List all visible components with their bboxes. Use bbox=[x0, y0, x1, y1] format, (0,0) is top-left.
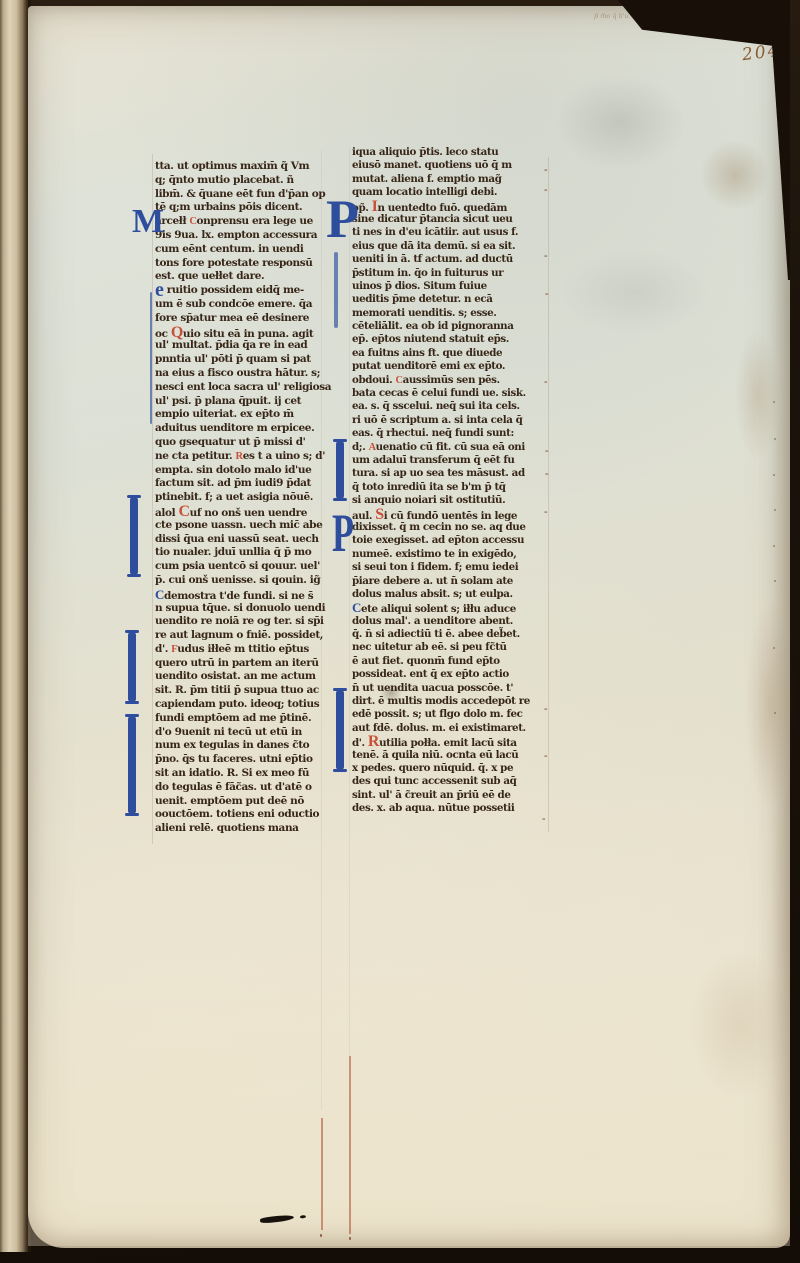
text-line: ul' multat. p̄dia q̄a re in ead bbox=[155, 339, 355, 353]
pricking-dot bbox=[774, 580, 776, 582]
text-line: putat uenditorē emi ex ep̄to. bbox=[352, 360, 554, 373]
stain-bottom-warm bbox=[28, 946, 790, 1246]
text-line: possideat. ent q̄ ex ep̄to actio bbox=[352, 668, 554, 681]
text-line: quam locatio intelligi debi. bbox=[352, 186, 554, 199]
decorated-initial: C bbox=[189, 216, 196, 227]
right-gloss-cursive-d bbox=[638, 314, 793, 322]
pricking-dot bbox=[774, 712, 776, 714]
text-line: na eius a fisco oustra hātur. s; bbox=[155, 367, 355, 381]
gloss-line bbox=[638, 314, 793, 322]
text-line: n̄ ut uendita uacua posscōe. t' bbox=[352, 682, 554, 695]
initial-P-tail bbox=[334, 252, 338, 328]
gloss-line bbox=[608, 297, 793, 303]
text-line: alieni relē. quotiens mana bbox=[155, 822, 355, 836]
text-line: p̄iare debere a. ut n̄ solam ate bbox=[352, 575, 554, 588]
edge-text-fragment bbox=[1, 52, 26, 57]
text-line: cte psone uassn. uech mic̄ abe bbox=[155, 519, 355, 533]
pricking-dot bbox=[774, 438, 776, 440]
text-line: libm̄. & q̄uane eēt fun d'p̄an op bbox=[155, 188, 355, 202]
text-line: tta. ut optimus maxim̄ q̃ Vm bbox=[155, 160, 355, 174]
text-line: nesci ent loca sacra ul' religiosa bbox=[155, 381, 355, 395]
text-line: fore sp̄atur mea eē desinere bbox=[155, 312, 355, 326]
decorated-initial: C bbox=[178, 503, 189, 520]
text-line: dirt. ē multis modis accedepōt re bbox=[352, 695, 554, 708]
gloss-line bbox=[638, 314, 793, 322]
gloss-reference-mark: – bbox=[545, 470, 549, 477]
text-line: do tegulas ē fāc̃as. ut d'atē o bbox=[155, 781, 355, 795]
text-line: dixisset. q̄ m cecin no se. aq due bbox=[352, 521, 554, 534]
decorated-initial: Q bbox=[171, 324, 183, 341]
stain-gray-mid bbox=[560, 250, 710, 335]
ruling-line-left bbox=[152, 154, 153, 844]
text-line: n supua tq̄ue. si donuolo uendi bbox=[155, 602, 355, 616]
pricking-dot bbox=[773, 401, 775, 403]
text-line: iqua aliquio p̄tis. leco statu bbox=[352, 146, 554, 159]
text-line: edē possit. s; ut flgo dolo m. fec bbox=[352, 708, 554, 721]
gloss-line bbox=[638, 314, 793, 322]
gloss-reference-mark: – bbox=[544, 705, 548, 712]
text-line: d'. Fudus iłłeē m ttitio ep̄tus bbox=[155, 643, 355, 657]
text-line: ti nes in d'eu icātiir. aut usus f. bbox=[352, 226, 554, 239]
decorated-initial: C bbox=[155, 587, 164, 602]
book-edge-strip bbox=[0, 0, 31, 1252]
text-line: op̃. In uentedto fuō. quedām bbox=[352, 200, 554, 213]
text-line: ueditis p̄me detetur. n ecā bbox=[352, 293, 554, 306]
initial-M: M bbox=[132, 205, 164, 239]
text-line: empio uiteriat. ex ep̄to m̄ bbox=[155, 408, 355, 422]
text-line: q̄ toto inrediū ita se b'm p̄ tq̄ bbox=[352, 481, 554, 494]
stain-fox-1 bbox=[700, 140, 770, 210]
text-line: factum sit. ad p̄m iudi9 p̄dat bbox=[155, 477, 355, 491]
text-line: eas. q̄ rhectui. neq̄ fundi sunt: bbox=[352, 427, 554, 440]
text-line: q; q̄nto mutio placebat. ñ bbox=[155, 174, 355, 188]
text-line: tenē. ā quila niū. ocnta eū lacū bbox=[352, 749, 554, 762]
text-line: p̄no. q̄s tu faceres. utni ep̄tio bbox=[155, 753, 355, 767]
text-line: ē aut fiet. quonm̄ fund ep̄to bbox=[352, 655, 554, 668]
pricking-dot bbox=[773, 647, 775, 649]
initial-I-bar-1 bbox=[130, 497, 138, 575]
text-line: Cete aliqui solent s; iłłu aduce bbox=[352, 601, 554, 614]
text-line: toie exegisset. ad ep̄ton accessu bbox=[352, 534, 554, 547]
manuscript-page: 204 p̄ m̄o q̄ b'u · d' q̄ p̄s · q̄e tta.… bbox=[28, 6, 790, 1248]
initial-I-bar-2 bbox=[128, 632, 136, 702]
text-line: memorati uenditis. s; esse. bbox=[352, 307, 554, 320]
text-line: uendito re noiā re og ter. si sp̄i bbox=[155, 615, 355, 629]
initial-flourish-left bbox=[150, 292, 152, 424]
decorated-initial: A bbox=[369, 442, 376, 453]
text-line: sit an idatio. R. Si ex meo fū bbox=[155, 767, 355, 781]
text-line: des qui tunc accessenit sub aq̄ bbox=[352, 775, 554, 788]
text-line: dissi q̄ua eni uassū seat. uech bbox=[155, 533, 355, 547]
right-gloss-cursive-c bbox=[608, 297, 793, 303]
text-line: ul' psi. p̄ plana q̄puit. ij cet bbox=[155, 395, 355, 409]
stain-gray-top bbox=[555, 75, 685, 170]
text-line: Cdemostra t'de fundi. si ne s̄ bbox=[155, 588, 355, 602]
gloss-reference-mark: – bbox=[544, 252, 548, 259]
text-line: uenit. emptōem put deē nō bbox=[155, 795, 355, 809]
text-line: nec uitetur ab eē. si peu fc̃tū bbox=[352, 641, 554, 654]
initial-P-large: P bbox=[326, 192, 359, 246]
text-line: ne cta petitur. Res t a uino s; d' bbox=[155, 450, 355, 464]
text-line: cum psia uentcō si qouur. uel' bbox=[155, 560, 355, 574]
text-line: q̄. n̄ si adiectiū ti ē. abee deb̃et. bbox=[352, 628, 554, 641]
text-line: d'. Rutilia połła. emit lacū sita bbox=[352, 735, 554, 748]
initial-I-bar-4 bbox=[336, 441, 344, 499]
text-line: arcełł Conprensu era lege ue bbox=[155, 215, 355, 229]
ruling-dot-2 bbox=[349, 1237, 351, 1240]
text-line: um ē sub condcōe emere. q̄a bbox=[155, 298, 355, 312]
text-line: tons fore potestate responsū bbox=[155, 257, 355, 271]
text-line: d;. Auenatio cū fit. cū sua eā oni bbox=[352, 441, 554, 454]
pricking-dot bbox=[773, 474, 775, 476]
text-line: num ex tegulas in danes c̃to bbox=[155, 739, 355, 753]
gloss-reference-mark: – bbox=[544, 186, 548, 193]
gloss-reference-mark: – bbox=[544, 508, 548, 515]
photograph: { "page": { "folio_number": "204", "top_… bbox=[0, 0, 800, 1263]
text-line: um adaluī transferum q̄ eēt fu bbox=[352, 454, 554, 467]
initial-I-bar-5 bbox=[336, 690, 344, 770]
text-line: cum eēnt centum. in uendi bbox=[155, 243, 355, 257]
text-line: tura. si ap uo sea tes māsust. ad bbox=[352, 467, 554, 480]
text-line: ea. s. q̄ sscelui. neq̄ sui ita cels. bbox=[352, 400, 554, 413]
text-line: est. que uełłet dare. bbox=[155, 270, 355, 284]
gloss-reference-mark: – bbox=[545, 290, 549, 297]
text-line: d'o 9uenit ni tecū ut etū in bbox=[155, 726, 355, 740]
text-line: 9is 9ua. lx. empton accessura bbox=[155, 229, 355, 243]
text-line: oouctōem. totiens eni oductio bbox=[155, 808, 355, 822]
text-line: si seui ton i fidem. f; emu iedei bbox=[352, 561, 554, 574]
text-line: sint. ul' ā c̃reuit an p̄riū eē de bbox=[352, 789, 554, 802]
text-line: pnntia ul' pōti p̄ quam si pat bbox=[155, 353, 355, 367]
text-line: alol Cuf no onš uen uendre bbox=[155, 505, 355, 519]
initial-I-bar-3 bbox=[128, 716, 136, 814]
text-line: mutat. aliena f. emptio mag̃ bbox=[352, 173, 554, 186]
decorated-initial: C bbox=[396, 375, 403, 386]
initial-P-small: P bbox=[332, 506, 354, 560]
stain-fox-2 bbox=[735, 330, 780, 460]
text-line: eiusō manet. quotiens uō q̄ m bbox=[352, 159, 554, 172]
text-line: quo gsequatur ut p̄ missi d' bbox=[155, 436, 355, 450]
text-line: x pedes. quero nūquid. q̄. x pe bbox=[352, 762, 554, 775]
text-line: sine dicatur p̄tancia sicut ueu bbox=[352, 213, 554, 226]
text-line: dolus malus absit. s; ut eulpa. bbox=[352, 588, 554, 601]
text-line: empta. sin dotolo malo id'ue bbox=[155, 464, 355, 478]
text-line: p̄. cui onš uenisse. si qouin. ig̃ bbox=[155, 574, 355, 588]
text-line: ea fuitns ains ft. que diuede bbox=[352, 347, 554, 360]
text-line: aut fdē. dolus. m. ei existimaret. bbox=[352, 722, 554, 735]
text-line: oc Quio situ eā in puna. agit bbox=[155, 326, 355, 340]
stain-fox-4 bbox=[690, 950, 790, 1100]
gloss-reference-mark: – bbox=[544, 166, 548, 173]
text-line: cēteliālit. ea ob id pignoranna bbox=[352, 320, 554, 333]
text-line: tē q;m urbains pōis dicent. bbox=[155, 201, 355, 215]
gloss-reference-mark: – bbox=[544, 752, 548, 759]
text-line: uendito osistat. an me actum bbox=[155, 670, 355, 684]
text-line: ri uō ē scriptum a. si inta cela q̄ bbox=[352, 414, 554, 427]
gloss-reference-mark: – bbox=[542, 815, 546, 822]
text-line: aul. Si cū fundō uentēs in lege bbox=[352, 508, 554, 521]
text-line: quero utrū in partem an iterū bbox=[155, 657, 355, 671]
text-line: aduitus uenditore m erpicee. bbox=[155, 422, 355, 436]
text-line: des. x. ab aqua. nūtue possetii bbox=[352, 802, 554, 815]
text-line: re aut lagnum o fniē. possidet, bbox=[155, 629, 355, 643]
main-text-column-2: iqua aliquio p̄tis. leco statueiusō mane… bbox=[352, 146, 554, 816]
decorated-initial: R bbox=[236, 451, 243, 462]
text-line: sit. R. p̄m titii p̄ supua ttuo ac bbox=[155, 684, 355, 698]
text-line: obdoui. Caussimūs sen pēs. bbox=[352, 374, 554, 387]
gloss-reference-mark: – bbox=[544, 378, 548, 385]
text-line: ueniti in ā. tf actum. ad ductū bbox=[352, 253, 554, 266]
text-line: e ruitio possidem eidq̄ me- bbox=[155, 284, 355, 298]
text-line: fundi emptōem ad me p̄tinē. bbox=[155, 712, 355, 726]
text-line: uinos p̄ dios. Situm fuiue bbox=[352, 280, 554, 293]
text-line: bata cecas ē celui fundi ue. sisk. bbox=[352, 387, 554, 400]
ruling-dot-1 bbox=[320, 1234, 322, 1237]
pricking-dot bbox=[774, 509, 776, 511]
pricking-dot bbox=[773, 545, 775, 547]
text-line: capiendam puto. ideoq; totius bbox=[155, 698, 355, 712]
text-line: eius que dā ita demū. si ea sit. bbox=[352, 240, 554, 253]
text-line: numeē. existimo te in exigēdo, bbox=[352, 548, 554, 561]
ruling-red-line-2 bbox=[349, 1056, 351, 1234]
main-text-column-1: tta. ut optimus maxim̄ q̃ Vmq; q̄nto mut… bbox=[155, 160, 355, 836]
ruling-red-line-1 bbox=[321, 1118, 323, 1230]
text-line: dolus mal'. a uenditore abent. bbox=[352, 615, 554, 628]
text-line: p̄stitum in. q̄o in fuiturus ur bbox=[352, 267, 554, 280]
text-line: ep̄. ep̄tos niutend statuit ep̄s. bbox=[352, 333, 554, 346]
ink-blot bbox=[260, 1214, 294, 1224]
stain-fox-3 bbox=[745, 600, 795, 810]
gloss-reference-mark: – bbox=[545, 447, 549, 454]
decorated-initial: C bbox=[352, 600, 361, 615]
gloss-line bbox=[608, 297, 793, 303]
text-line: tio nualer. jduī unllia q̄ p̄ mo bbox=[155, 546, 355, 560]
